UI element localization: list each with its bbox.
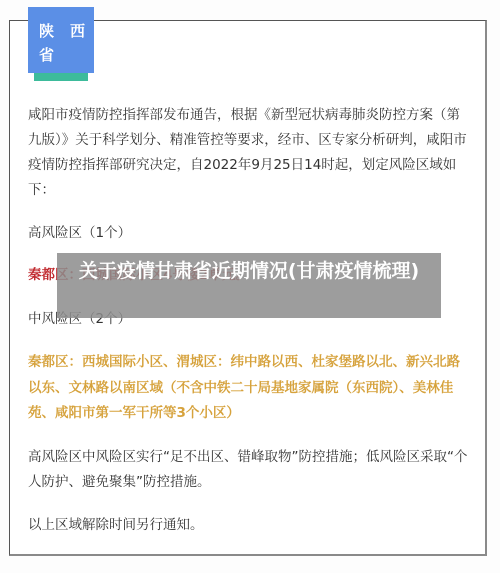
notice-intro: 咸阳市疫情防控指挥部发布通告，根据《新型冠状病毒肺炎防控方案（第九版）》关于科学… (28, 103, 473, 203)
badge-char-1: 陕 (39, 19, 54, 43)
high-risk-heading: 高风险区（1个） (28, 221, 473, 246)
badge-char-3: 省 (39, 46, 54, 64)
badge-accent-strip (34, 73, 88, 81)
article-title: 关于疫情甘肃省近期情况(甘肃疫情梳理) (79, 260, 419, 282)
medium-risk-detail: 秦都区：西城国际小区、渭城区：纬中路以西、杜家堡路以北、新兴北路以东、文林路以南… (28, 350, 473, 427)
notice-content: 咸阳市疫情防控指挥部发布通告，根据《新型冠状病毒肺炎防控方案（第九版）》关于科学… (28, 103, 473, 538)
badge-char-2: 西 (70, 19, 85, 43)
province-badge: 陕 西 省 (28, 7, 94, 73)
article-title-overlay: 关于疫情甘肃省近期情况(甘肃疫情梳理) (57, 253, 441, 318)
control-measures: 高风险区中风险区实行“足不出区、错峰取物”防控措施；低风险区采取“个人防护、避免… (28, 445, 473, 495)
closing-note: 以上区域解除时间另行通知。 (28, 513, 473, 538)
